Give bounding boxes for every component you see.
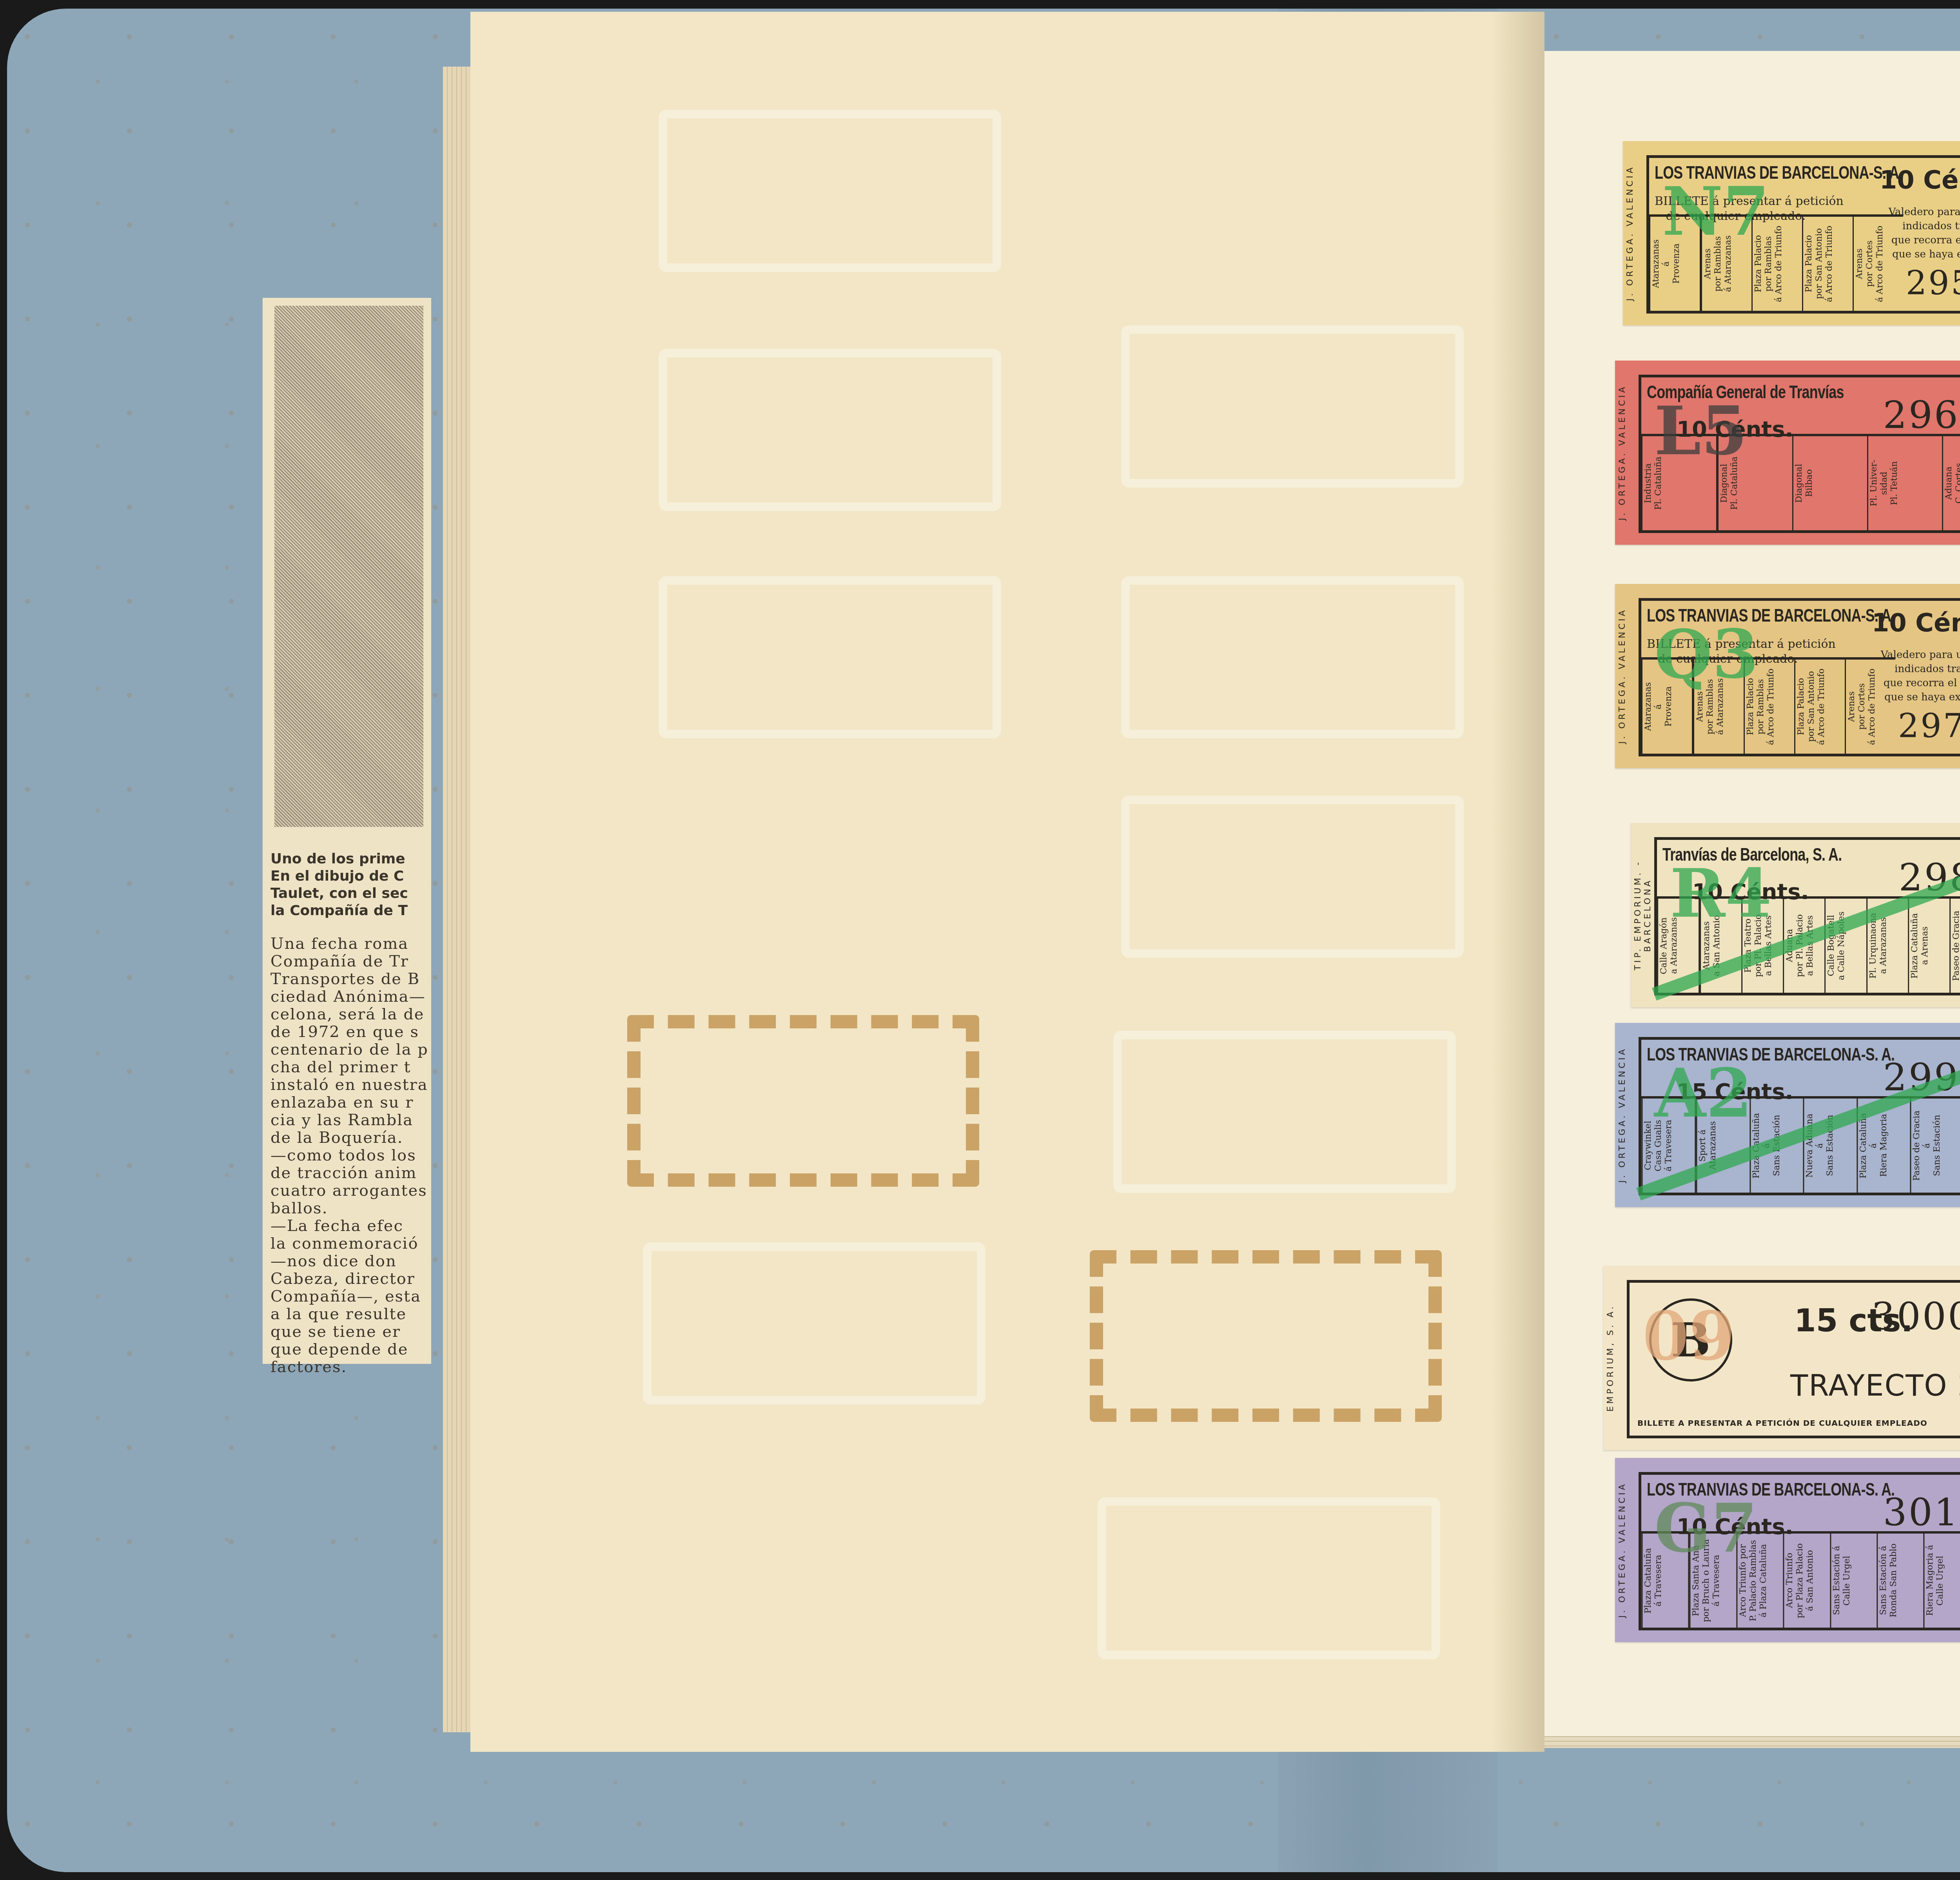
photo-frame: Uno de los prime En el dibujo de C Taule… [0, 0, 1960, 1880]
route-table: Atarazanas á ProvenzaArenas por Ramblas … [1641, 657, 1895, 754]
route-cell: Plaza Palacio por Ramblas á Arco de Triu… [1744, 660, 1794, 754]
company-name: LOS TRANVIAS DE BARCELONA-S. A. [1655, 162, 1902, 183]
route-cell: Arenas por Ramblas á Atarazanas [1693, 660, 1744, 754]
route-cell: Sans Estación á Ronda San Pablo [1877, 1534, 1923, 1628]
printer-imprint: J. ORTEGA. VALENCIA [1625, 149, 1641, 317]
route-cell: Plaza Santa Ana por Bruch o Lauria á Tra… [1689, 1534, 1736, 1628]
trayecto-label: TRAYECTO 2.º [1790, 1369, 1960, 1403]
printer-imprint: J. ORTEGA. VALENCIA [1617, 592, 1633, 760]
company-name: LOS TRANVIAS DE BARCELONA-S. A. [1647, 1479, 1895, 1500]
printer-imprint: J. ORTEGA. VALENCIA [1617, 1031, 1633, 1199]
route-cell: Arco Triunfo por Plaza Palacio á San Ant… [1783, 1534, 1829, 1628]
tram-ticket: J. ORTEGA. VALENCIALOS TRANVIAS DE BARCE… [1615, 1023, 1960, 1207]
ticket-border: Compañía General de Tranvías10 Cénts.296… [1639, 375, 1960, 533]
newspaper-clipping: Uno de los prime En el dibujo de C Taule… [263, 298, 431, 1364]
ticket-ghost [659, 110, 1001, 272]
ticket-footer: BILLETE A PRESENTAR A PETICIÓN DE CUALQU… [1637, 1418, 1927, 1428]
ticket-serial: 29792 [1898, 707, 1960, 745]
route-cell: Sans Estación á Calle Urgel [1830, 1534, 1877, 1628]
route-cell: Arco Triunfo por P. Palacio Ramblas á Pl… [1736, 1534, 1783, 1628]
ticket-serial: 30103 [1883, 1490, 1960, 1534]
glue-stain [627, 1015, 979, 1187]
route-cell: Arenas por Cortes á Arco de Triunfo [1853, 217, 1903, 311]
route-cell: Plaza Cataluña a Arenas [1908, 899, 1949, 993]
route-cell: Riera Magoria á Calle Urgel [1923, 1534, 1960, 1628]
route-table: Industria Pl. CataluñaDiagonal Pl. Catal… [1641, 434, 1960, 530]
ticket-serial: 29692 [1883, 393, 1960, 437]
printer-imprint: J. ORTEGA. VALENCIA [1617, 1466, 1633, 1634]
tram-ticket: EMPORIUM, S. A.B15 cts.30003TRAYECTO 2.º… [1603, 1266, 1960, 1450]
company-name: Compañía General de Tranvías [1647, 381, 1844, 402]
tram-ticket: TIP. EMPORIUM. - BARCELONATranvías de Ba… [1631, 823, 1960, 1007]
route-cell: Plaza Cataluña á Travesera [1641, 1534, 1689, 1628]
ticket-ghost [1121, 576, 1464, 738]
route-cell: Arenas por Ramblas á Atarazanas [1701, 217, 1751, 311]
route-cell: Paseo de Gracia á Sans Estación [1910, 1099, 1960, 1193]
route-cell: Plaza Palacio por Ramblas á Arco de Triu… [1751, 217, 1802, 311]
route-cell: Pl. Univer- sidad Pl. Tetuán [1867, 436, 1942, 530]
glue-stain [1090, 1250, 1442, 1422]
route-cell: Plaza Palacio por San Antonio á Arco de … [1802, 217, 1853, 311]
route-cell: Arenas por Cortes á Arco de Triunfo [1845, 660, 1895, 754]
company-name: Tranvías de Barcelona, S. A. [1662, 844, 1842, 865]
tram-ticket: J. ORTEGA. VALENCIALOS TRANVIAS DE BARCE… [1615, 584, 1960, 768]
ticket-ghost [659, 349, 1001, 511]
tram-ticket: J. ORTEGA. VALENCIALOS TRANVIAS DE BARCE… [1623, 141, 1960, 325]
route-cell: Atarazanas á Provenza [1649, 217, 1701, 311]
ticket-ghost [1113, 1031, 1456, 1193]
ticket-border: LOS TRANVIAS DE BARCELONA-S. A.10 Cénts.… [1646, 155, 1960, 314]
company-name: LOS TRANVIAS DE BARCELONA-S. A. [1647, 605, 1895, 626]
halftone-photo [274, 306, 423, 827]
printer-imprint: J. ORTEGA. VALENCIA [1617, 368, 1633, 537]
ticket-ghost [643, 1242, 985, 1405]
clipping-caption: Uno de los prime En el dibujo de C Taule… [270, 850, 427, 919]
route-cell: Industria Pl. Cataluña [1641, 436, 1717, 530]
route-cell: Atarazanas á Provenza [1641, 660, 1693, 754]
route-cell: Plaza Palacio por San Antonio á Arco de … [1794, 660, 1845, 754]
printer-imprint: TIP. EMPORIUM. - BARCELONA [1633, 831, 1649, 999]
route-cell: Sport á Atarazanas [1696, 1099, 1749, 1193]
route-table: Plaza Cataluña á TraveseraPlaza Santa An… [1641, 1531, 1960, 1628]
ticket-border: LOS TRANVIAS DE BARCELONA-S. A.10 Cénts.… [1639, 598, 1960, 756]
ticket-ghost [1121, 796, 1464, 958]
right-album-page: J. ORTEGA. VALENCIALOS TRANVIAS DE BARCE… [1544, 51, 1960, 1736]
ticket-ghost [1121, 325, 1464, 488]
ticket-serial: 30003 [1871, 1294, 1960, 1338]
route-cell: Diagonal Bilbao [1792, 436, 1867, 530]
tram-ticket: J. ORTEGA. VALENCIACompañía General de T… [1615, 361, 1960, 545]
page-stack [443, 67, 474, 1732]
route-cell: Diagonal Pl. Cataluña [1717, 436, 1792, 530]
ticket-border: LOS TRANVIAS DE BARCELONA-S. A.10 Cénts.… [1639, 1472, 1960, 1630]
printer-imprint: EMPORIUM, S. A. [1606, 1274, 1621, 1442]
left-album-page [470, 12, 1544, 1752]
ticket-ghost [1098, 1497, 1440, 1659]
route-cell: Aduana C. Cortes [1942, 436, 1960, 530]
ticket-serial: 29592 [1906, 264, 1960, 302]
tram-ticket: J. ORTEGA. VALENCIALOS TRANVIAS DE BARCE… [1615, 1458, 1960, 1642]
ticket-border: B15 cts.30003TRAYECTO 2.ºBILLETE A PRESE… [1627, 1280, 1960, 1438]
tb-logo-icon: B [1649, 1298, 1732, 1381]
route-cell: Paseo de Gracia a Arenas [1949, 899, 1960, 993]
ticket-ghost [659, 576, 1001, 738]
route-table: Atarazanas á ProvenzaArenas por Ramblas … [1649, 214, 1903, 311]
clipping-body: Una fecha roma Compañía de Tr Transporte… [270, 935, 427, 1376]
ticket-price: 10 Cénts. [1872, 609, 1960, 638]
company-name: LOS TRANVIAS DE BARCELONA-S. A. [1647, 1044, 1895, 1065]
ticket-price: 10 Cénts. [1880, 166, 1960, 195]
